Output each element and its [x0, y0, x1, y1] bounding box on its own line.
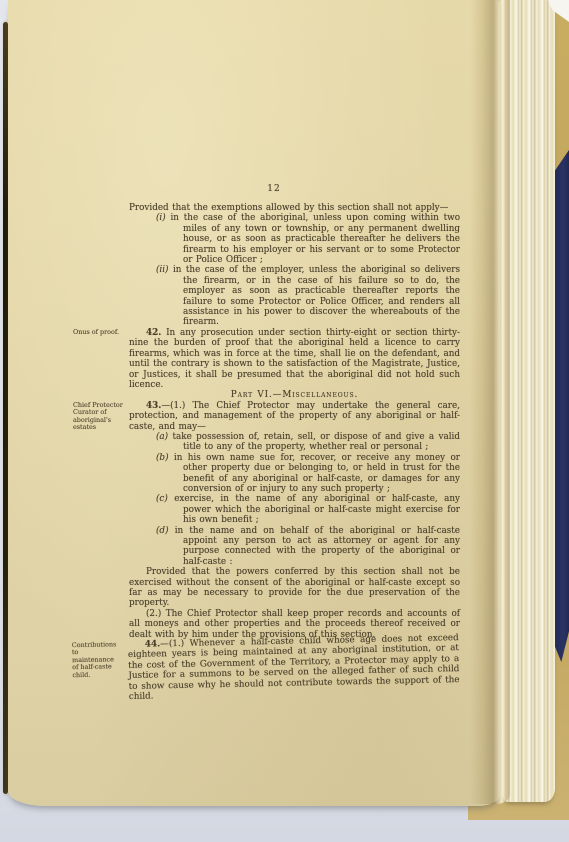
book-cover-navy: [555, 150, 569, 662]
document-page: 12 Provided that the exemptions allowed …: [8, 0, 500, 806]
list-item-exemption-i: (i) in the case of the aboriginal, unles…: [129, 213, 460, 265]
item-text: in the case of the employer, unless the …: [173, 265, 460, 327]
item-text: in the name and on behalf of the aborigi…: [175, 526, 460, 567]
list-item-43d: (d) in the name and on behalf of the abo…: [129, 526, 460, 568]
item-label: (c): [156, 494, 168, 504]
section-number: 44.: [145, 639, 161, 649]
page-right-fold: [470, 0, 510, 804]
paragraph-section-42: Onus of proof. 42. In any prosecution un…: [129, 328, 460, 390]
item-text: in his own name sue for, recover, or rec…: [174, 453, 460, 494]
section-number: 42.: [146, 328, 161, 338]
margin-note-contributions-maintenance: Contributions to maintenance of half-cas…: [72, 641, 123, 679]
item-label: (i): [156, 213, 166, 223]
section-text: —(1.) Whenever a half-caste child whose …: [128, 633, 460, 702]
list-item-43a: (a) take possession of, retain, sell, or…: [129, 432, 460, 453]
item-text: exercise, in the name of any aboriginal …: [174, 494, 460, 525]
list-item-43c: (c) exercise, in the name of any aborigi…: [129, 494, 460, 525]
section-number: 43.: [146, 401, 161, 411]
item-text: take possession of, retain, sell, or dis…: [172, 432, 460, 452]
scanned-book-photo: 12 Provided that the exemptions allowed …: [0, 0, 569, 842]
section-text: —(1.) The Chief Protector may undertake …: [129, 401, 460, 432]
paragraph-section-43-intro: Chief Protector Curator of aboriginal's …: [129, 401, 460, 432]
list-item-exemption-ii: (ii) in the case of the employer, unless…: [129, 265, 460, 327]
paragraph-section-44: Contributions to maintenance of half-cas…: [128, 633, 460, 702]
item-label: (ii): [156, 265, 169, 275]
paragraph-section-43-proviso: Provided that the powers conferred by th…: [129, 567, 460, 609]
page-number: 12: [258, 184, 290, 194]
section-text: In any prosecution under section thirty-…: [129, 328, 460, 390]
item-label: (a): [156, 432, 168, 442]
paragraph-proviso-exemptions: Provided that the exemptions allowed by …: [129, 203, 460, 213]
part-heading: Part VI.—Miscellaneous.: [129, 390, 460, 400]
page-text-column: Provided that the exemptions allowed by …: [129, 203, 460, 703]
list-item-43b: (b) in his own name sue for, recover, or…: [129, 453, 460, 495]
item-text: in the case of the aboriginal, unless up…: [170, 213, 460, 265]
item-label: (b): [156, 453, 169, 463]
margin-note-onus-of-proof: Onus of proof.: [73, 329, 123, 336]
item-label: (d): [156, 526, 169, 536]
margin-note-chief-protector-curator: Chief Protector Curator of aboriginal's …: [73, 402, 123, 432]
